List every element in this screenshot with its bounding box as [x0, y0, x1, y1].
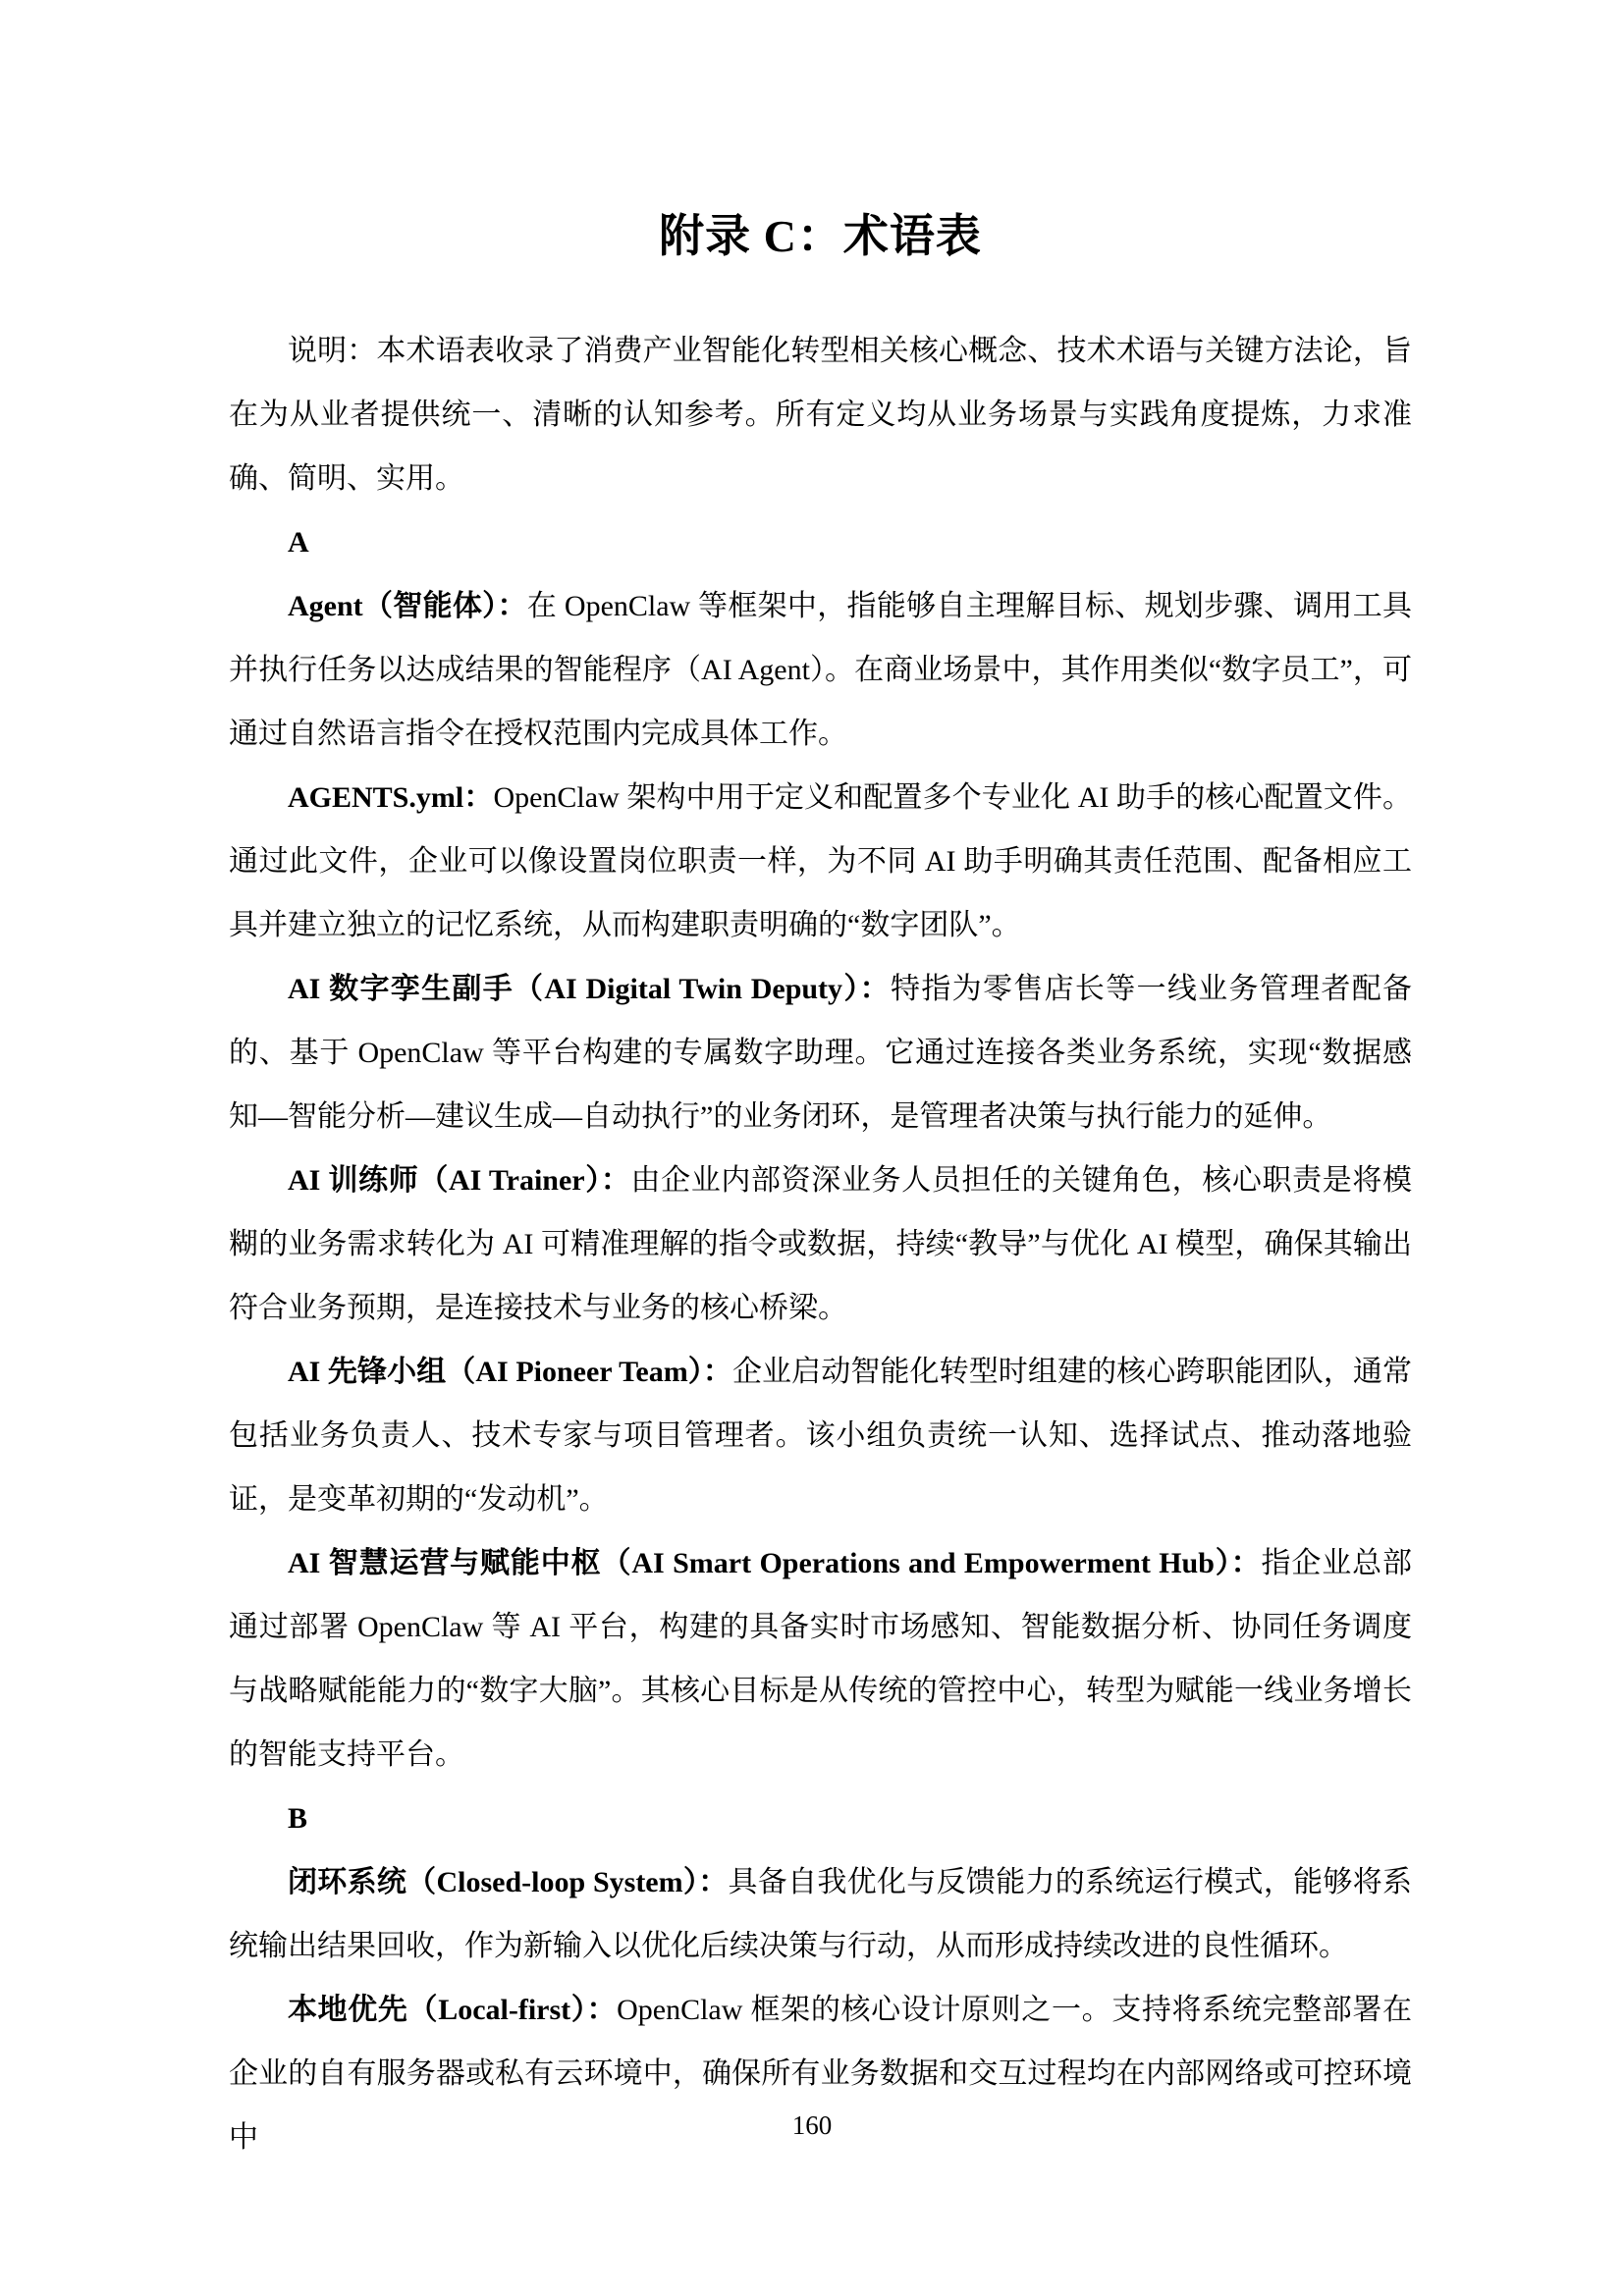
term-name: AI 数字孪生副手（AI Digital Twin Deputy）： — [288, 973, 891, 1005]
page-title: 附录 C：术语表 — [229, 209, 1412, 264]
term-name: 闭环系统（Closed-loop System）： — [288, 1866, 729, 1898]
document-body: 说明：本术语表收录了消费产业智能化转型相关核心概念、技术术语与关键方法论，旨在为… — [229, 319, 1412, 2169]
section-heading-b: B — [229, 1787, 1412, 1850]
glossary-entry: AI 智慧运营与赋能中枢（AI Smart Operations and Emp… — [229, 1531, 1412, 1787]
glossary-entry: AI 先锋小组（AI Pioneer Team）：企业启动智能化转型时组建的核心… — [229, 1340, 1412, 1531]
term-name: AGENTS.yml： — [288, 781, 493, 814]
term-definition: 指企业总部通过部署 OpenClaw 等 AI 平台，构建的具备实时市场感知、智… — [229, 1547, 1412, 1771]
term-name: AI 训练师（AI Trainer）： — [288, 1164, 630, 1197]
glossary-entry: AI 数字孪生副手（AI Digital Twin Deputy）：特指为零售店… — [229, 957, 1412, 1148]
page-number: 160 — [0, 2109, 1624, 2142]
glossary-entry: AI 训练师（AI Trainer）：由企业内部资深业务人员担任的关键角色，核心… — [229, 1148, 1412, 1340]
document-page: 附录 C：术语表 说明：本术语表收录了消费产业智能化转型相关核心概念、技术术语与… — [0, 0, 1624, 2296]
term-name: 本地优先（Local-first）： — [288, 1994, 617, 2026]
glossary-entry: AGENTS.yml：OpenClaw 架构中用于定义和配置多个专业化 AI 助… — [229, 766, 1412, 957]
term-name: Agent（智能体）： — [288, 590, 527, 622]
glossary-entry: 闭环系统（Closed-loop System）：具备自我优化与反馈能力的系统运… — [229, 1850, 1412, 1978]
term-name: AI 先锋小组（AI Pioneer Team）： — [288, 1356, 732, 1388]
term-name: AI 智慧运营与赋能中枢（AI Smart Operations and Emp… — [288, 1547, 1262, 1579]
intro-paragraph: 说明：本术语表收录了消费产业智能化转型相关核心概念、技术术语与关键方法论，旨在为… — [229, 319, 1412, 510]
glossary-entry: Agent（智能体）：在 OpenClaw 等框架中，指能够自主理解目标、规划步… — [229, 574, 1412, 766]
section-heading-a: A — [229, 510, 1412, 574]
